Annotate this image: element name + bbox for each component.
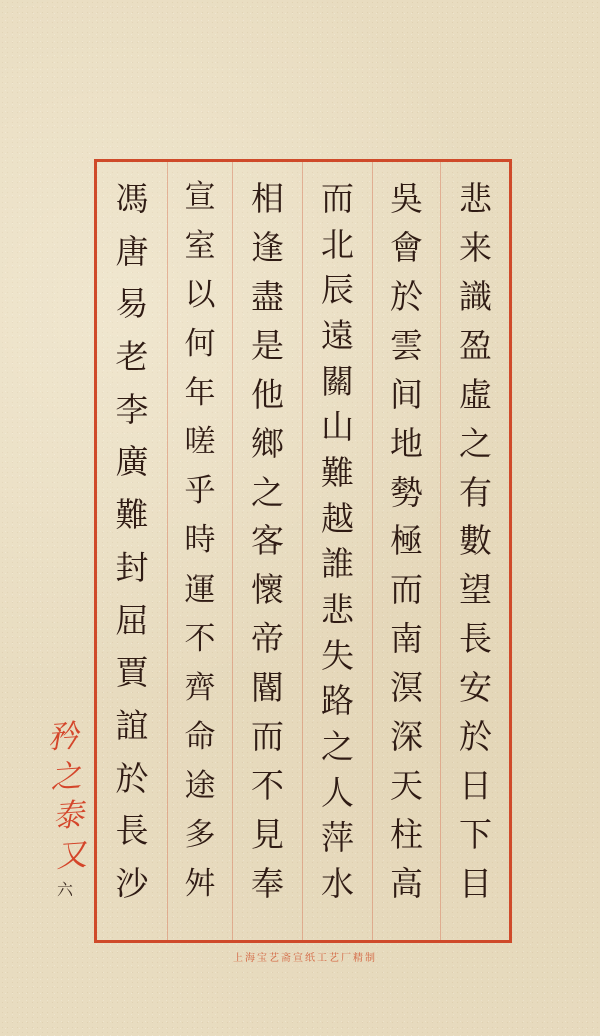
character: 萍 (321, 821, 354, 854)
character: 年 (185, 378, 216, 409)
character: 辰 (321, 273, 354, 306)
character: 盈 (459, 329, 492, 362)
character: 山 (321, 410, 354, 443)
character: 閽 (251, 671, 284, 704)
character: 盡 (251, 280, 284, 313)
character: 乎 (185, 476, 216, 507)
calligraphy-column-3: 而北辰遠關山難越誰悲失路之人萍水 (303, 182, 372, 900)
calligraphy-column-1: 悲来識盈虛之有數望長安於日下目 (441, 182, 510, 900)
character: 失 (321, 639, 354, 672)
character: 人 (321, 776, 354, 809)
character: 長 (459, 622, 492, 655)
page-number: 六 (57, 877, 73, 900)
character: 誼 (116, 709, 149, 742)
character: 勢 (390, 476, 423, 509)
character: 望 (459, 573, 492, 606)
character: 誰 (321, 547, 354, 580)
character: 悲 (459, 182, 492, 215)
character: 齊 (185, 673, 216, 704)
character: 何 (185, 329, 216, 360)
character: 沙 (116, 867, 149, 900)
character: 日 (459, 769, 492, 802)
character: 長 (116, 814, 149, 847)
calligraphy-column-5: 宣室以何年嗟乎時運不齊命途多舛 (168, 182, 232, 900)
character: 唐 (116, 235, 149, 268)
character: 鄉 (251, 427, 284, 460)
character: 天 (390, 769, 423, 802)
character: 舛 (185, 869, 216, 900)
character: 又 (55, 840, 88, 873)
character: 以 (185, 280, 216, 311)
character: 有 (459, 476, 492, 509)
character: 帝 (251, 622, 284, 655)
character: 途 (185, 771, 216, 802)
character: 路 (321, 684, 354, 717)
character: 易 (116, 287, 149, 320)
character: 柱 (390, 818, 423, 851)
character: 運 (185, 575, 216, 606)
character: 室 (185, 231, 216, 262)
character: 悲 (321, 593, 354, 626)
character: 時 (185, 525, 216, 556)
character: 之 (251, 476, 284, 509)
character: 之 (321, 730, 354, 763)
character: 馮 (116, 182, 149, 215)
character: 越 (321, 502, 354, 535)
red-signature: 矜之泰又 (37, 720, 97, 873)
character: 數 (459, 524, 492, 557)
character: 深 (390, 720, 423, 753)
character: 於 (116, 762, 149, 795)
character: 見 (251, 818, 284, 851)
character: 命 (185, 722, 216, 753)
character: 泰 (52, 800, 85, 833)
character: 他 (251, 378, 284, 411)
character: 廣 (116, 445, 149, 478)
character: 之 (49, 761, 82, 794)
calligraphy-column-2: 吳會於雲间地勢極而南溟深天柱高 (373, 182, 440, 900)
character: 難 (321, 456, 354, 489)
character: 遠 (321, 319, 354, 352)
character: 之 (459, 427, 492, 460)
character: 嗟 (185, 427, 216, 458)
character: 關 (321, 365, 354, 398)
character: 會 (390, 231, 423, 264)
character: 李 (116, 393, 149, 426)
character: 多 (185, 820, 216, 851)
character: 不 (185, 624, 216, 655)
calligraphy-column-6: 馮唐易老李廣難封屈賈誼於長沙 (97, 182, 167, 900)
character: 吳 (390, 182, 423, 215)
character: 封 (116, 551, 149, 584)
character: 是 (251, 329, 284, 362)
character: 雲 (390, 329, 423, 362)
character: 極 (390, 524, 423, 557)
character: 不 (251, 769, 284, 802)
character: 溟 (390, 671, 423, 704)
character: 相 (251, 182, 284, 215)
character: 高 (390, 867, 423, 900)
character: 而 (390, 573, 423, 606)
character: 下 (459, 818, 492, 851)
character: 矜 (46, 721, 79, 754)
character: 逢 (251, 231, 284, 264)
character: 於 (459, 720, 492, 753)
character: 地 (390, 427, 423, 460)
character: 懷 (251, 573, 284, 606)
character: 識 (459, 280, 492, 313)
character: 南 (390, 622, 423, 655)
calligraphy-column-4: 相逢盡是他鄉之客懷帝閽而不見奉 (233, 182, 302, 900)
character: 屈 (116, 604, 149, 637)
character: 而 (251, 720, 284, 753)
character: 於 (390, 280, 423, 313)
character: 间 (390, 378, 423, 411)
character: 水 (321, 867, 354, 900)
character: 而 (321, 182, 354, 215)
character: 安 (459, 671, 492, 704)
character: 虛 (459, 378, 492, 411)
character: 奉 (251, 867, 284, 900)
character: 来 (459, 231, 492, 264)
character: 目 (459, 867, 492, 900)
character: 老 (116, 340, 149, 373)
character: 難 (116, 498, 149, 531)
character: 宣 (185, 182, 216, 213)
character: 北 (321, 228, 354, 261)
character: 客 (251, 524, 284, 557)
paper-maker-imprint: 上海宝艺斋宣纸工艺厂精制 (195, 949, 415, 964)
character: 賈 (116, 656, 149, 689)
